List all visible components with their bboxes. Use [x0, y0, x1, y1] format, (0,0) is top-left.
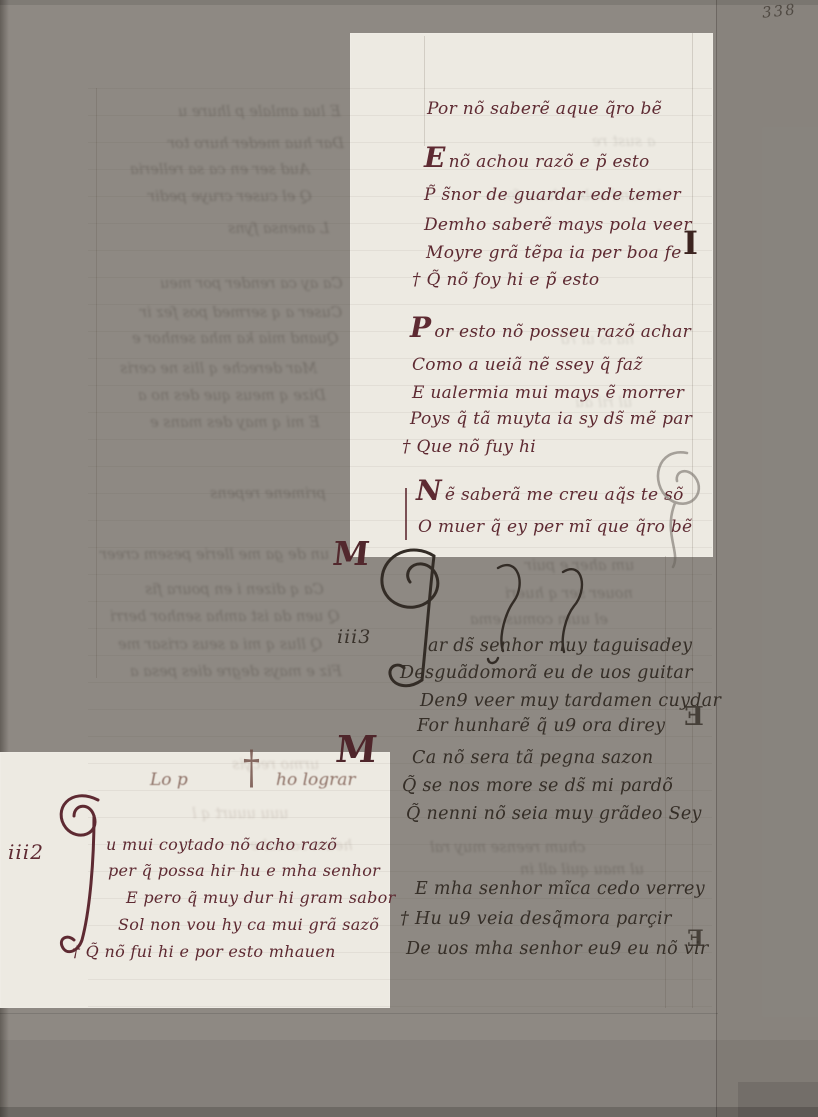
margin-reversed-e-upper: E: [684, 702, 704, 732]
bottom-edge: [0, 1107, 818, 1117]
margin-m-mark-upper: M: [331, 534, 372, 573]
bleedthrough-line: Q uen da ist amha senhor berri: [110, 609, 340, 625]
bleedthrough-line: L anensa fyns: [228, 221, 329, 237]
bleedthrough-line: primene repens: [210, 486, 326, 502]
verse-line: E mha senhor mĩca cedo verrey: [415, 879, 705, 899]
verse-line: † Q̃ nõ foy hi e p̃ esto: [412, 271, 599, 291]
verse-line: per q̃ possa hir hu e mha senhor: [108, 862, 380, 880]
bleedthrough-line: Quand mia ka mha senhor e: [132, 331, 339, 347]
verse-line: Q̃ se nos more se ds̃ mi pardõ: [402, 776, 673, 796]
verse-line: Den9 veer muy tardamen cuydar: [420, 691, 721, 711]
verse-line: P̃ s̃nor de guardar ede temer: [424, 186, 681, 206]
header-cross-mark: †: [243, 741, 260, 795]
margin-m-mark-lower: M: [334, 727, 380, 771]
margin-reversed-e-lower: E: [687, 926, 704, 952]
verse-line: Poys q̃ tã muyta ia sy ds̃ mẽ par: [410, 410, 692, 430]
verse-line: u mui coytado nõ acho razõ: [106, 836, 337, 854]
page-fold-line: [716, 0, 717, 1117]
verse-line: De uos mha senhor eu9 eu nõ vir: [406, 939, 709, 959]
right-margin-shade: [716, 0, 818, 1117]
verse-line: Nẽ saberã me creu aq̃s te sõ: [416, 486, 684, 506]
folio-number: 338: [761, 0, 797, 22]
bleedthrough-line: Mar dereche q llis ne ceris: [120, 361, 317, 377]
bleedthrough-line: uuu uuurt q l: [192, 806, 289, 822]
verse-line: Desguãdomorã eu de uos guitar: [400, 663, 693, 683]
verse-line: Demho saberẽ mays pola veer: [424, 216, 692, 236]
verse-line: E ualermia mui mays ẽ morrer: [412, 384, 684, 404]
bottom-seam-line: [0, 1013, 718, 1014]
bleedthrough-line: Ca q dizen i en poura fis: [145, 582, 324, 598]
stanza-initial: N: [416, 474, 442, 507]
vertical-rule: [96, 88, 97, 678]
verse-line: Enõ achou razõ e p̃ esto: [424, 153, 650, 173]
verse-line: Como a ueiã nẽ ssey q̃ faz̃: [412, 356, 643, 376]
verse-line: † Que nõ fuy hi: [402, 438, 536, 458]
bleedthrough-line: Aud ser en ca sa relleria: [130, 162, 309, 178]
bottom-right-corner-patch: [738, 1082, 818, 1117]
cantiga-number-1112: iii2: [8, 840, 44, 864]
bleedthrough-line: Q llus q mi a seus crisar me: [118, 637, 322, 653]
verse-line: † Q̃ nõ fui hi e por esto mhauen: [72, 943, 336, 961]
manuscript-page: E lua amlale p lhure u Dar hua meder hur…: [0, 0, 818, 1117]
bleedthrough-line: E mi q may des mans e: [150, 415, 320, 431]
verse-line: Por nõ saberẽ aque q̃ro bẽ: [427, 100, 662, 120]
verse-line: Ca nõ sera tã pegna sazon: [412, 748, 653, 768]
cantiga-1112-header-left: Lo p: [150, 770, 188, 790]
bleedthrough-line: Cuser a q sermed pos fez ir: [140, 305, 342, 321]
bleedthrough-line: Dar hua meder huro tor: [168, 136, 344, 152]
verse-line: For hunharẽ q̃ u9 ora direy: [417, 716, 665, 736]
verse-line: E pero q̃ muy dur hi gram sabor: [126, 889, 396, 907]
bleedthrough-line: Ca ay ca render por meu: [160, 276, 343, 292]
page-edge-top: [0, 0, 818, 5]
cantiga-number-1113: iii3: [337, 626, 371, 648]
stanza-initial: P: [410, 311, 431, 344]
bleedthrough-line: E lua amlale p lhure u: [178, 104, 341, 120]
verse-line: Moyre grã tẽpa ia per boa fe: [426, 244, 682, 264]
pencil-scribble: [645, 445, 715, 570]
verse-line: Q̃ nenni nõ seia muy grãdeo Sey: [406, 804, 702, 824]
verse-line: † Hu u9 veia desq̃mora parçir: [400, 909, 672, 929]
vertical-rule: [424, 36, 425, 146]
cantiga-1112-header-right: ho lograr: [276, 770, 356, 790]
verse-line: Por esto nõ posseu razõ achar: [410, 323, 691, 343]
stanza-divider-bar: [405, 488, 407, 540]
bleedthrough-line: un de ga me llerie pesem creer: [100, 547, 329, 563]
bleedthrough-line: Dize q meus que des no a: [138, 388, 326, 404]
bleedthrough-line: a sust re: [592, 134, 655, 150]
margin-i-mark: I: [683, 224, 698, 262]
flourished-initial-swash: [48, 790, 112, 962]
bleedthrough-line: chum reense muy ral: [430, 840, 585, 856]
stanza-initial: E: [424, 141, 446, 174]
bleedthrough-line: Q el cuser cruye pedir: [148, 189, 312, 205]
bottom-shade: [0, 1040, 818, 1117]
verse-line: ar ds̃ senhor muy taguisadey: [428, 636, 692, 656]
verse-line: Sol non vou hy ca mui grã sazõ: [118, 916, 379, 934]
bleedthrough-line: ul mau quil all in: [520, 862, 644, 878]
bleedthrough-line: Fiz e mays degre dies pesa a: [130, 664, 342, 680]
